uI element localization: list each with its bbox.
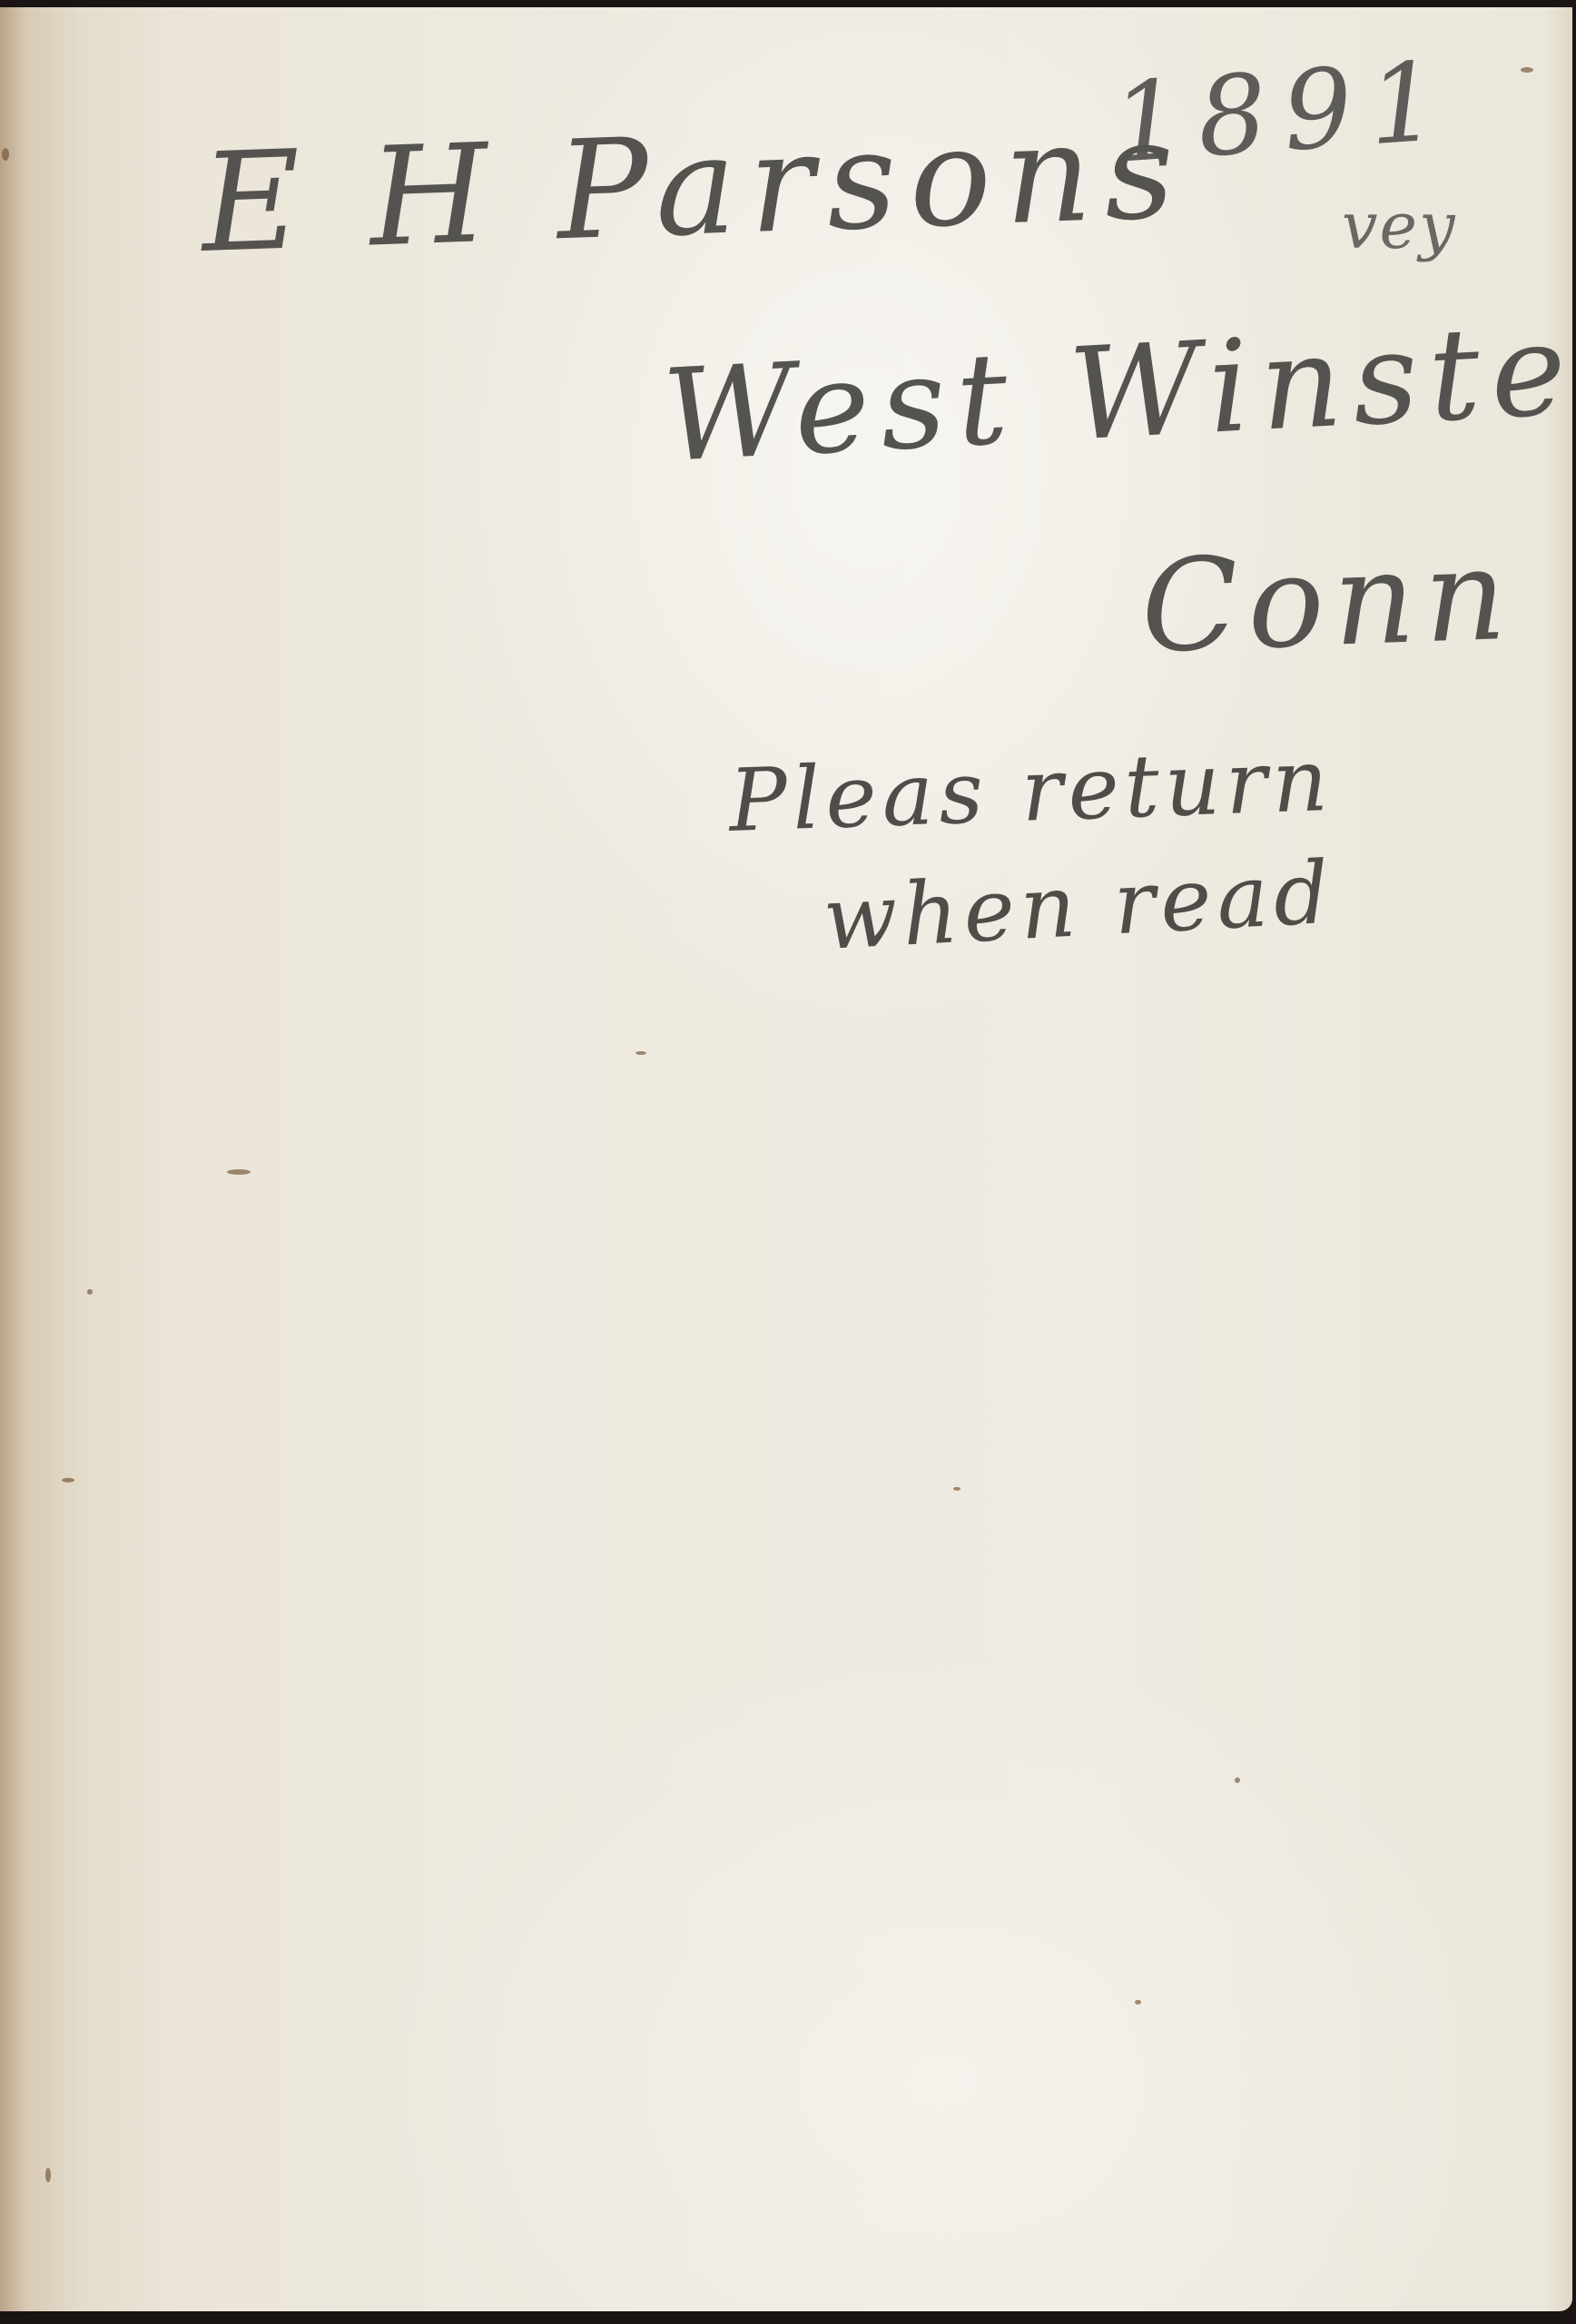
inscription-town: West Winsted [659,290,1572,491]
paper-speck [227,1169,251,1175]
paper-speck [953,1487,960,1491]
paper-speck [635,1051,646,1055]
paper-speck [62,1478,74,1482]
paper-speck [2,148,9,161]
paper-speck [1135,2000,1141,2004]
inscription-state: Conn [1138,521,1517,682]
inscription-request-line-2: when read [821,843,1336,970]
book-flyleaf-page: 1891 E H Parsons vey West Winsted Conn P… [0,7,1572,2311]
inscription-marginal-note: vey [1342,189,1457,263]
paper-speck [45,2168,51,2182]
paper-speck [87,1289,93,1295]
inscription-owner-name: E H Parsons [199,91,1189,283]
paper-speck [1521,67,1533,73]
inscription-request-line-1: Pleas return [727,731,1335,852]
paper-speck [1235,1777,1240,1783]
